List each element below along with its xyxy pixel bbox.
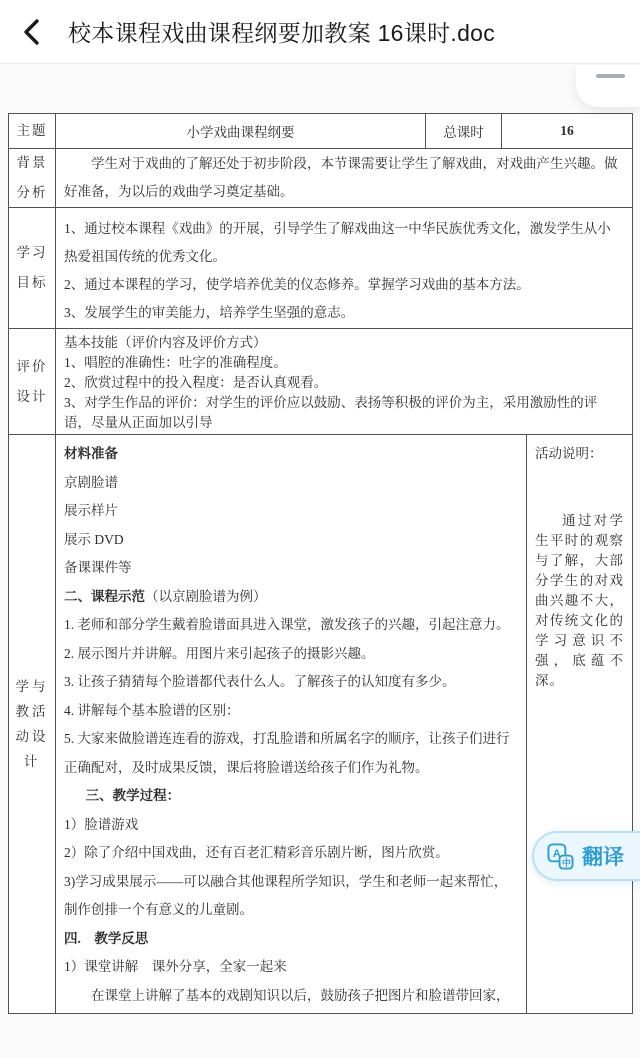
- document-title: 校本课程戏曲课程纲要加教案 16课时.doc: [68, 15, 495, 48]
- activity-notes-text: 通过对学生平时的观察与了解，大部分学生的对戏曲兴趣不大，对传统文化的学习意识不强…: [535, 511, 624, 691]
- total-hours-label: 总课时: [425, 114, 501, 148]
- paragraph: 1）课堂讲解 课外分享，全家一起来: [64, 953, 516, 982]
- paragraph: 学生对于戏曲的了解还处于初步阶段，本节课需要让学生了解戏曲，对戏曲产生兴趣。做好…: [64, 150, 624, 206]
- paragraph: 3、发展学生的审美能力，培养学生坚强的意志。: [64, 299, 624, 327]
- row-label-theme: 主题: [9, 114, 55, 148]
- paragraph: 1、通过校本课程《戏曲》的开展，引导学生了解戏曲这一中华民族优秀文化，激发学生从…: [64, 215, 624, 271]
- paragraph: 5. 大家来做脸谱连连看的游戏，打乱脸谱和所属名字的顺序，让孩子们进行正确配对，…: [64, 725, 516, 782]
- translate-icon: A 中: [547, 843, 574, 870]
- paragraph: 2、通过本课程的学习，使学培养优美的仪态修养。掌握学习戏曲的基本方法。: [64, 271, 624, 299]
- table-row-activity-design: 学与 教活 动设 计 材料准备 京剧脸谱 展示样片 展示 DVD 备课课件等 二…: [9, 434, 632, 1013]
- paragraph: 备课课件等: [64, 554, 516, 583]
- learning-goals-content: 1、通过校本课程《戏曲》的开展，引导学生了解戏曲这一中华民族优秀文化，激发学生从…: [55, 208, 632, 328]
- evaluation-design-content: 基本技能（评价内容及评价方式） 1、唱腔的准确性：吐字的准确程度。 2、欣赏过程…: [55, 329, 632, 434]
- activity-notes-column: 活动说明： 通过对学生平时的观察与了解，大部分学生的对戏曲兴趣不大，对传统文化的…: [526, 435, 632, 1013]
- row-label-evaluation-design: 评价 设计: [9, 329, 55, 434]
- titlebar: 校本课程戏曲课程纲要加教案 16课时.doc: [0, 0, 640, 64]
- paragraph: 1、唱腔的准确性：吐字的准确程度。: [64, 353, 624, 373]
- translate-button[interactable]: A 中 翻译: [532, 831, 640, 881]
- row-label-learning-goals: 学习 目标: [9, 208, 55, 328]
- paragraph: 二、课程示范（以京剧脸谱为例）: [64, 583, 516, 612]
- svg-text:中: 中: [562, 857, 571, 868]
- paragraph: 展示 DVD: [64, 526, 516, 555]
- paragraph: 3、对学生作品的评价：对学生的评价应以鼓励、表扬等积极的评价为主，采用激励性的评…: [64, 393, 624, 433]
- app-frame: 校本课程戏曲课程纲要加教案 16课时.doc 主题 小学戏曲课程纲要 总课时 1…: [0, 0, 640, 1058]
- paragraph: 4. 讲解每个基本脸谱的区别：: [64, 697, 516, 726]
- activity-design-content: 材料准备 京剧脸谱 展示样片 展示 DVD 备课课件等 二、课程示范（以京剧脸谱…: [55, 435, 526, 1013]
- row-label-activity-design: 学与 教活 动设 计: [9, 435, 55, 1013]
- translate-label: 翻译: [582, 841, 624, 871]
- row-label-background-analysis: 背景 分析: [9, 149, 55, 207]
- paragraph: 2）除了介绍中国戏曲，还有百老汇精彩音乐剧片断，图片欣赏。: [64, 839, 516, 868]
- theme-value: 小学戏曲课程纲要: [55, 114, 425, 148]
- paragraph: 展示样片: [64, 497, 516, 526]
- paragraph: 四. 教学反思: [64, 925, 516, 954]
- table-row-evaluation-design: 评价 设计 基本技能（评价内容及评价方式） 1、唱腔的准确性：吐字的准确程度。 …: [9, 328, 632, 434]
- paragraph: 2、欣赏过程中的投入程度：是否认真观看。: [64, 373, 624, 393]
- minimize-dash-icon: [596, 74, 625, 78]
- back-icon[interactable]: [18, 15, 44, 49]
- paragraph: 在课堂上讲解了基本的戏剧知识以后，鼓励孩子把图片和脸谱带回家，: [64, 982, 516, 1011]
- activity-notes-title: 活动说明：: [535, 441, 624, 467]
- paragraph: 1）脸谱游戏: [64, 811, 516, 840]
- background-analysis-content: 学生对于戏曲的了解还处于初步阶段，本节课需要让学生了解戏曲，对戏曲产生兴趣。做好…: [55, 149, 632, 207]
- paragraph: 三、教学过程：: [64, 782, 516, 811]
- paragraph: 材料准备: [64, 440, 516, 469]
- paragraph: 1. 老师和部分学生戴着脸谱面具进入课堂，激发孩子的兴趣，引起注意力。: [64, 611, 516, 640]
- paragraph: 基本技能（评价内容及评价方式）: [64, 333, 624, 353]
- total-hours-value: 16: [501, 114, 632, 148]
- document-table: 主题 小学戏曲课程纲要 总课时 16 背景 分析 学生对于戏曲的了解还处于初步阶…: [8, 113, 633, 1014]
- paragraph: 京剧脸谱: [64, 469, 516, 498]
- table-row-learning-goals: 学习 目标 1、通过校本课程《戏曲》的开展，引导学生了解戏曲这一中华民族优秀文化…: [9, 207, 632, 328]
- paragraph: 3)学习成果展示——可以融合其他课程所学知识，学生和老师一起来帮忙，制作创排一个…: [64, 868, 516, 925]
- paragraph: 3. 让孩子猜猜每个脸谱都代表什么人。了解孩子的认知度有多少。: [64, 668, 516, 697]
- table-row-theme: 主题 小学戏曲课程纲要 总课时 16: [9, 114, 632, 148]
- paragraph: 2. 展示图片并讲解。用图片来引起孩子的摄影兴趣。: [64, 640, 516, 669]
- corner-widget[interactable]: [576, 65, 640, 107]
- table-row-background-analysis: 背景 分析 学生对于戏曲的了解还处于初步阶段，本节课需要让学生了解戏曲，对戏曲产…: [9, 148, 632, 207]
